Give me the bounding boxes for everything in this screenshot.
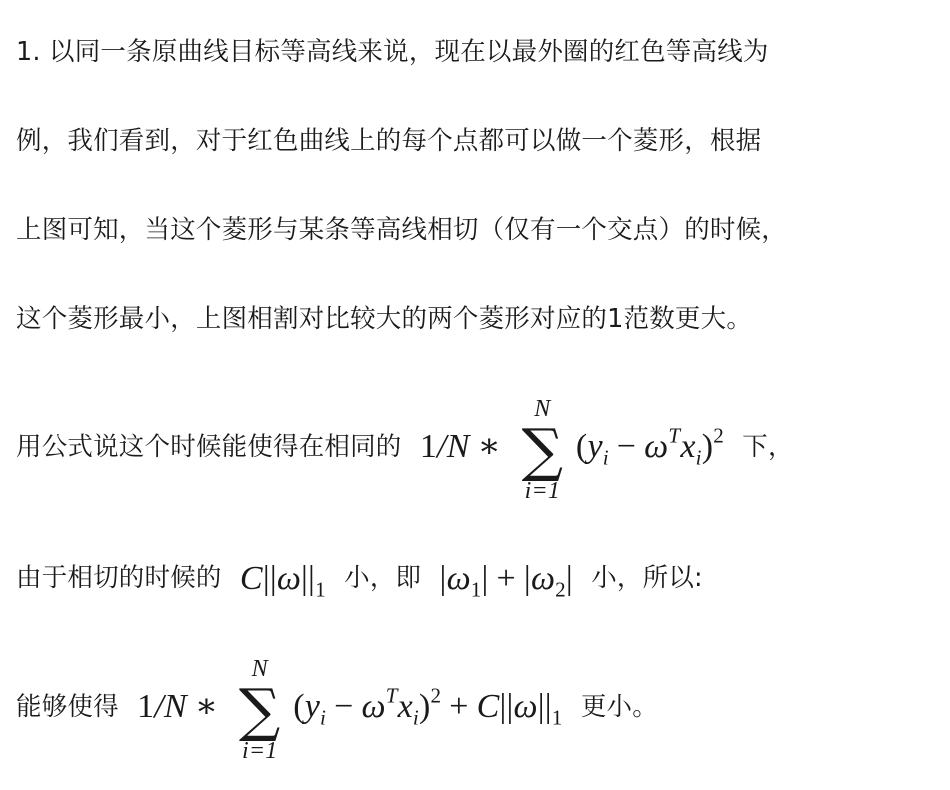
formula-2-suffix: 小，所以: (591, 563, 703, 593)
formula-3-prefix: 能够使得 (16, 692, 119, 722)
formula-3-suffix: 更小。 (581, 692, 658, 722)
formula-1-prefix: 用公式说这个时候能使得在相同的 (16, 432, 402, 462)
least-squares-formula: 1/N∗ N ∑ i=1 (yi−ωTxi)2 (420, 392, 724, 503)
lasso-objective-formula: 1/N∗ N ∑ i=1 (yi−ωTxi)2+C||ω||1 (137, 652, 562, 763)
summation: N ∑ i=1 (239, 656, 281, 764)
abs-sum-term: |ω1|+|ω2| (440, 563, 573, 595)
formula-1-suffix: 下， (742, 432, 793, 462)
l1-norm-term: C||ω||1 (240, 563, 326, 595)
paragraph-line-1: 1. 以同一条原曲线目标等高线来说，现在以最外圈的红色等高线为 (16, 36, 769, 68)
summation: N ∑ i=1 (522, 396, 564, 504)
formula-line-3: 能够使得 1/N∗ N ∑ i=1 (yi−ωTxi)2+C||ω||1 更小。 (16, 652, 658, 764)
formula-2-prefix: 由于相切的时候的 (16, 563, 222, 593)
paragraph-line-2: 例，我们看到，对于红色曲线上的每个点都可以做一个菱形，根据 (16, 125, 761, 157)
sigma-symbol: ∑ (239, 682, 281, 738)
paragraph-line-4: 这个菱形最小，上图相割对比较大的两个菱形对应的1范数更大。 (16, 303, 752, 335)
sigma-symbol: ∑ (522, 422, 564, 478)
formula-line-1: 用公式说这个时候能使得在相同的 1/N∗ N ∑ i=1 (yi−ωTxi)2 … (16, 392, 794, 504)
formula-line-2: 由于相切的时候的 C||ω||1 小，即 |ω1|+|ω2| 小，所以: (16, 562, 703, 595)
paragraph-line-3: 上图可知，当这个菱形与某条等高线相切（仅有一个交点）的时候， (16, 214, 787, 246)
formula-2-middle: 小，即 (344, 563, 421, 593)
